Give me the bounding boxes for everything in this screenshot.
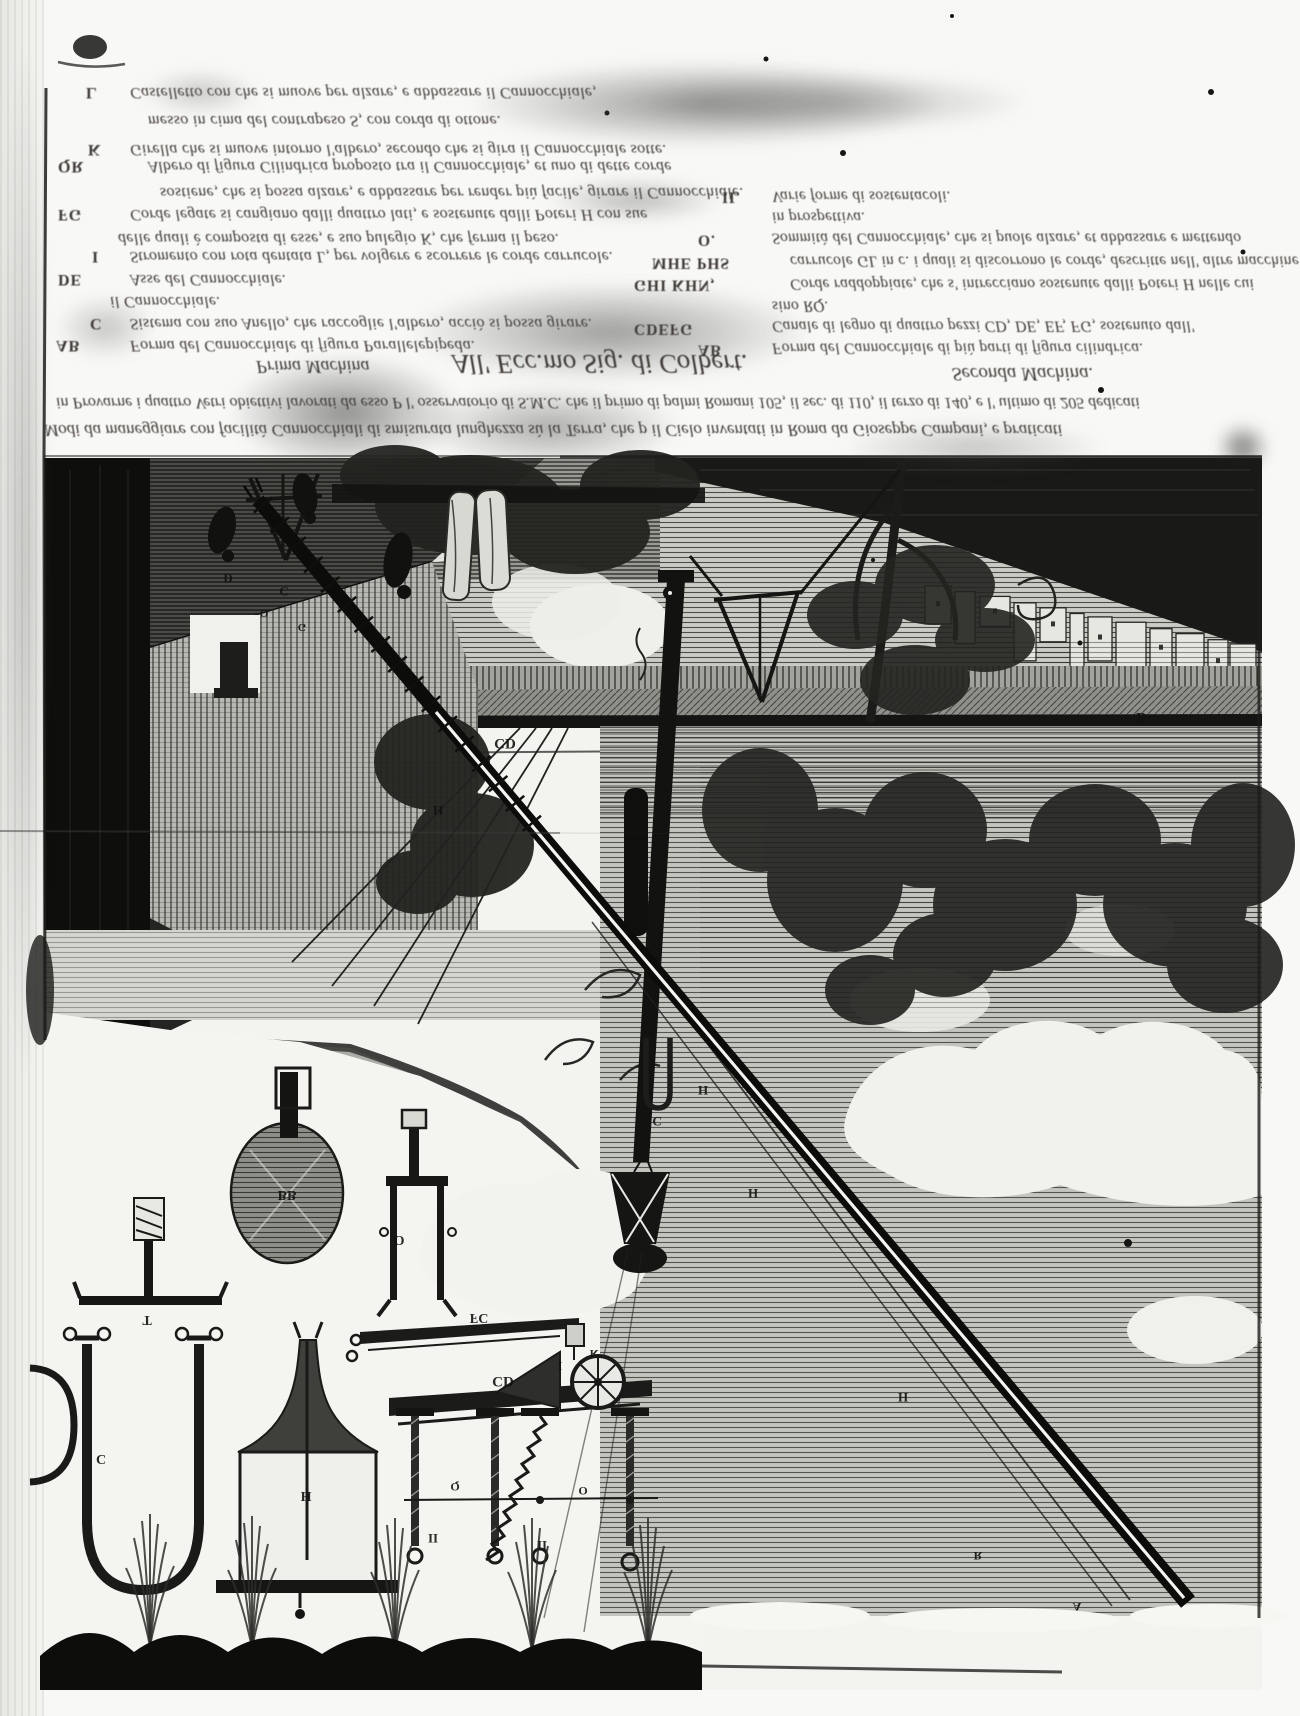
legend-key: QR [58,158,84,174]
section-heading: Prima Machina [256,358,369,376]
legend-line: Corde raddoppiate, che s' intrecciano so… [790,276,1254,292]
legend-line: Forma del Cannocchiale di figura Paralle… [130,337,475,353]
legend-key: O. [698,232,716,248]
legend-line: carrucole GL in c. i quali si discorrono… [790,253,1299,269]
legend-line: Albero di figura Cilindrica proposto tra… [148,158,672,174]
legend-line: Sistema con suo Anello, che raccoglie l'… [130,315,592,331]
legend-key: GHI KHN, [634,277,715,293]
legend-line: in prospettiva. [772,209,865,225]
legend-line: Castelletto con che si muove per alzare,… [130,84,597,100]
legend-line: Sommità del Cannocchiale, che si puole a… [772,230,1241,246]
legend-key: L [86,84,98,100]
legend-key: AB [56,337,80,353]
legend-key: K [88,141,101,157]
legend-line: delle quali è composta di esse, e suo pu… [118,230,559,246]
section-heading: Seconda Machina. [952,364,1093,383]
section-heading: All' Ecc.mo Sig. di Colbert. [452,350,748,377]
scanned-engraving-page: DCOGCDBHHCHHRABBOTFCCDHCIKQOIIII LCastel… [0,0,1300,1716]
legend-line: sino RQ. [772,298,829,314]
legend-line: sostiene, che si possa alzare, e abbassa… [160,184,744,200]
legend-line: Forma del Cannocchiale di più parti di f… [772,340,1143,356]
legend-line: Varie forme di sostentacoli. [772,188,951,204]
legend-line: Canale di legno di quattro pezzi CD, DE,… [772,318,1195,334]
legend-key: I [92,248,99,264]
legend-key: DE [58,271,82,287]
legend-line: il Cannocchiale. [110,293,221,309]
legend-key: CDEFG [634,321,693,337]
legend-key: IL [722,189,740,205]
caption-line: Modi da maneggiare con facilità Cannocch… [44,422,1062,439]
legend-key: C [90,315,103,331]
legend-line: Stromento con rota dentata L, per volger… [130,248,613,264]
legend-line: Corde legate si cangiano dalli quattro l… [130,206,648,222]
legend-line: messo in cima del contrapeso S, con cord… [148,112,501,128]
legend-key: MHE PHS [652,255,730,271]
mirrored-text-layer: LCastelletto con che si muove per alzare… [0,0,1300,1716]
caption-line: in Provarne i quattro Vetri obiettivi la… [56,394,1140,410]
legend-line: Girella che si muove intorno l'albero, s… [130,141,667,157]
legend-line: Asse del Cannocchiale. [130,271,286,287]
legend-key: FG [58,206,82,222]
